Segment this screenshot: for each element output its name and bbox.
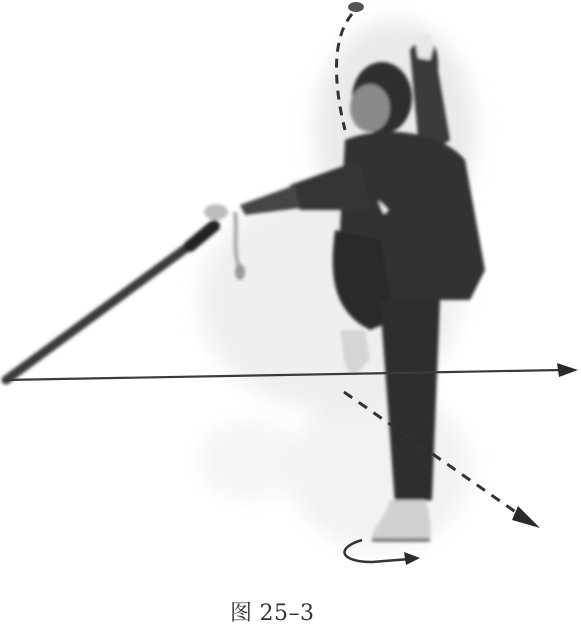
figure-caption: 图 25–3 (0, 596, 581, 627)
martial-arts-figure (0, 0, 581, 600)
caption-number: 25–3 (260, 601, 315, 626)
caption-prefix: 图 (230, 601, 253, 626)
arc-arrowhead (348, 2, 364, 12)
figure-illustration (0, 0, 581, 600)
